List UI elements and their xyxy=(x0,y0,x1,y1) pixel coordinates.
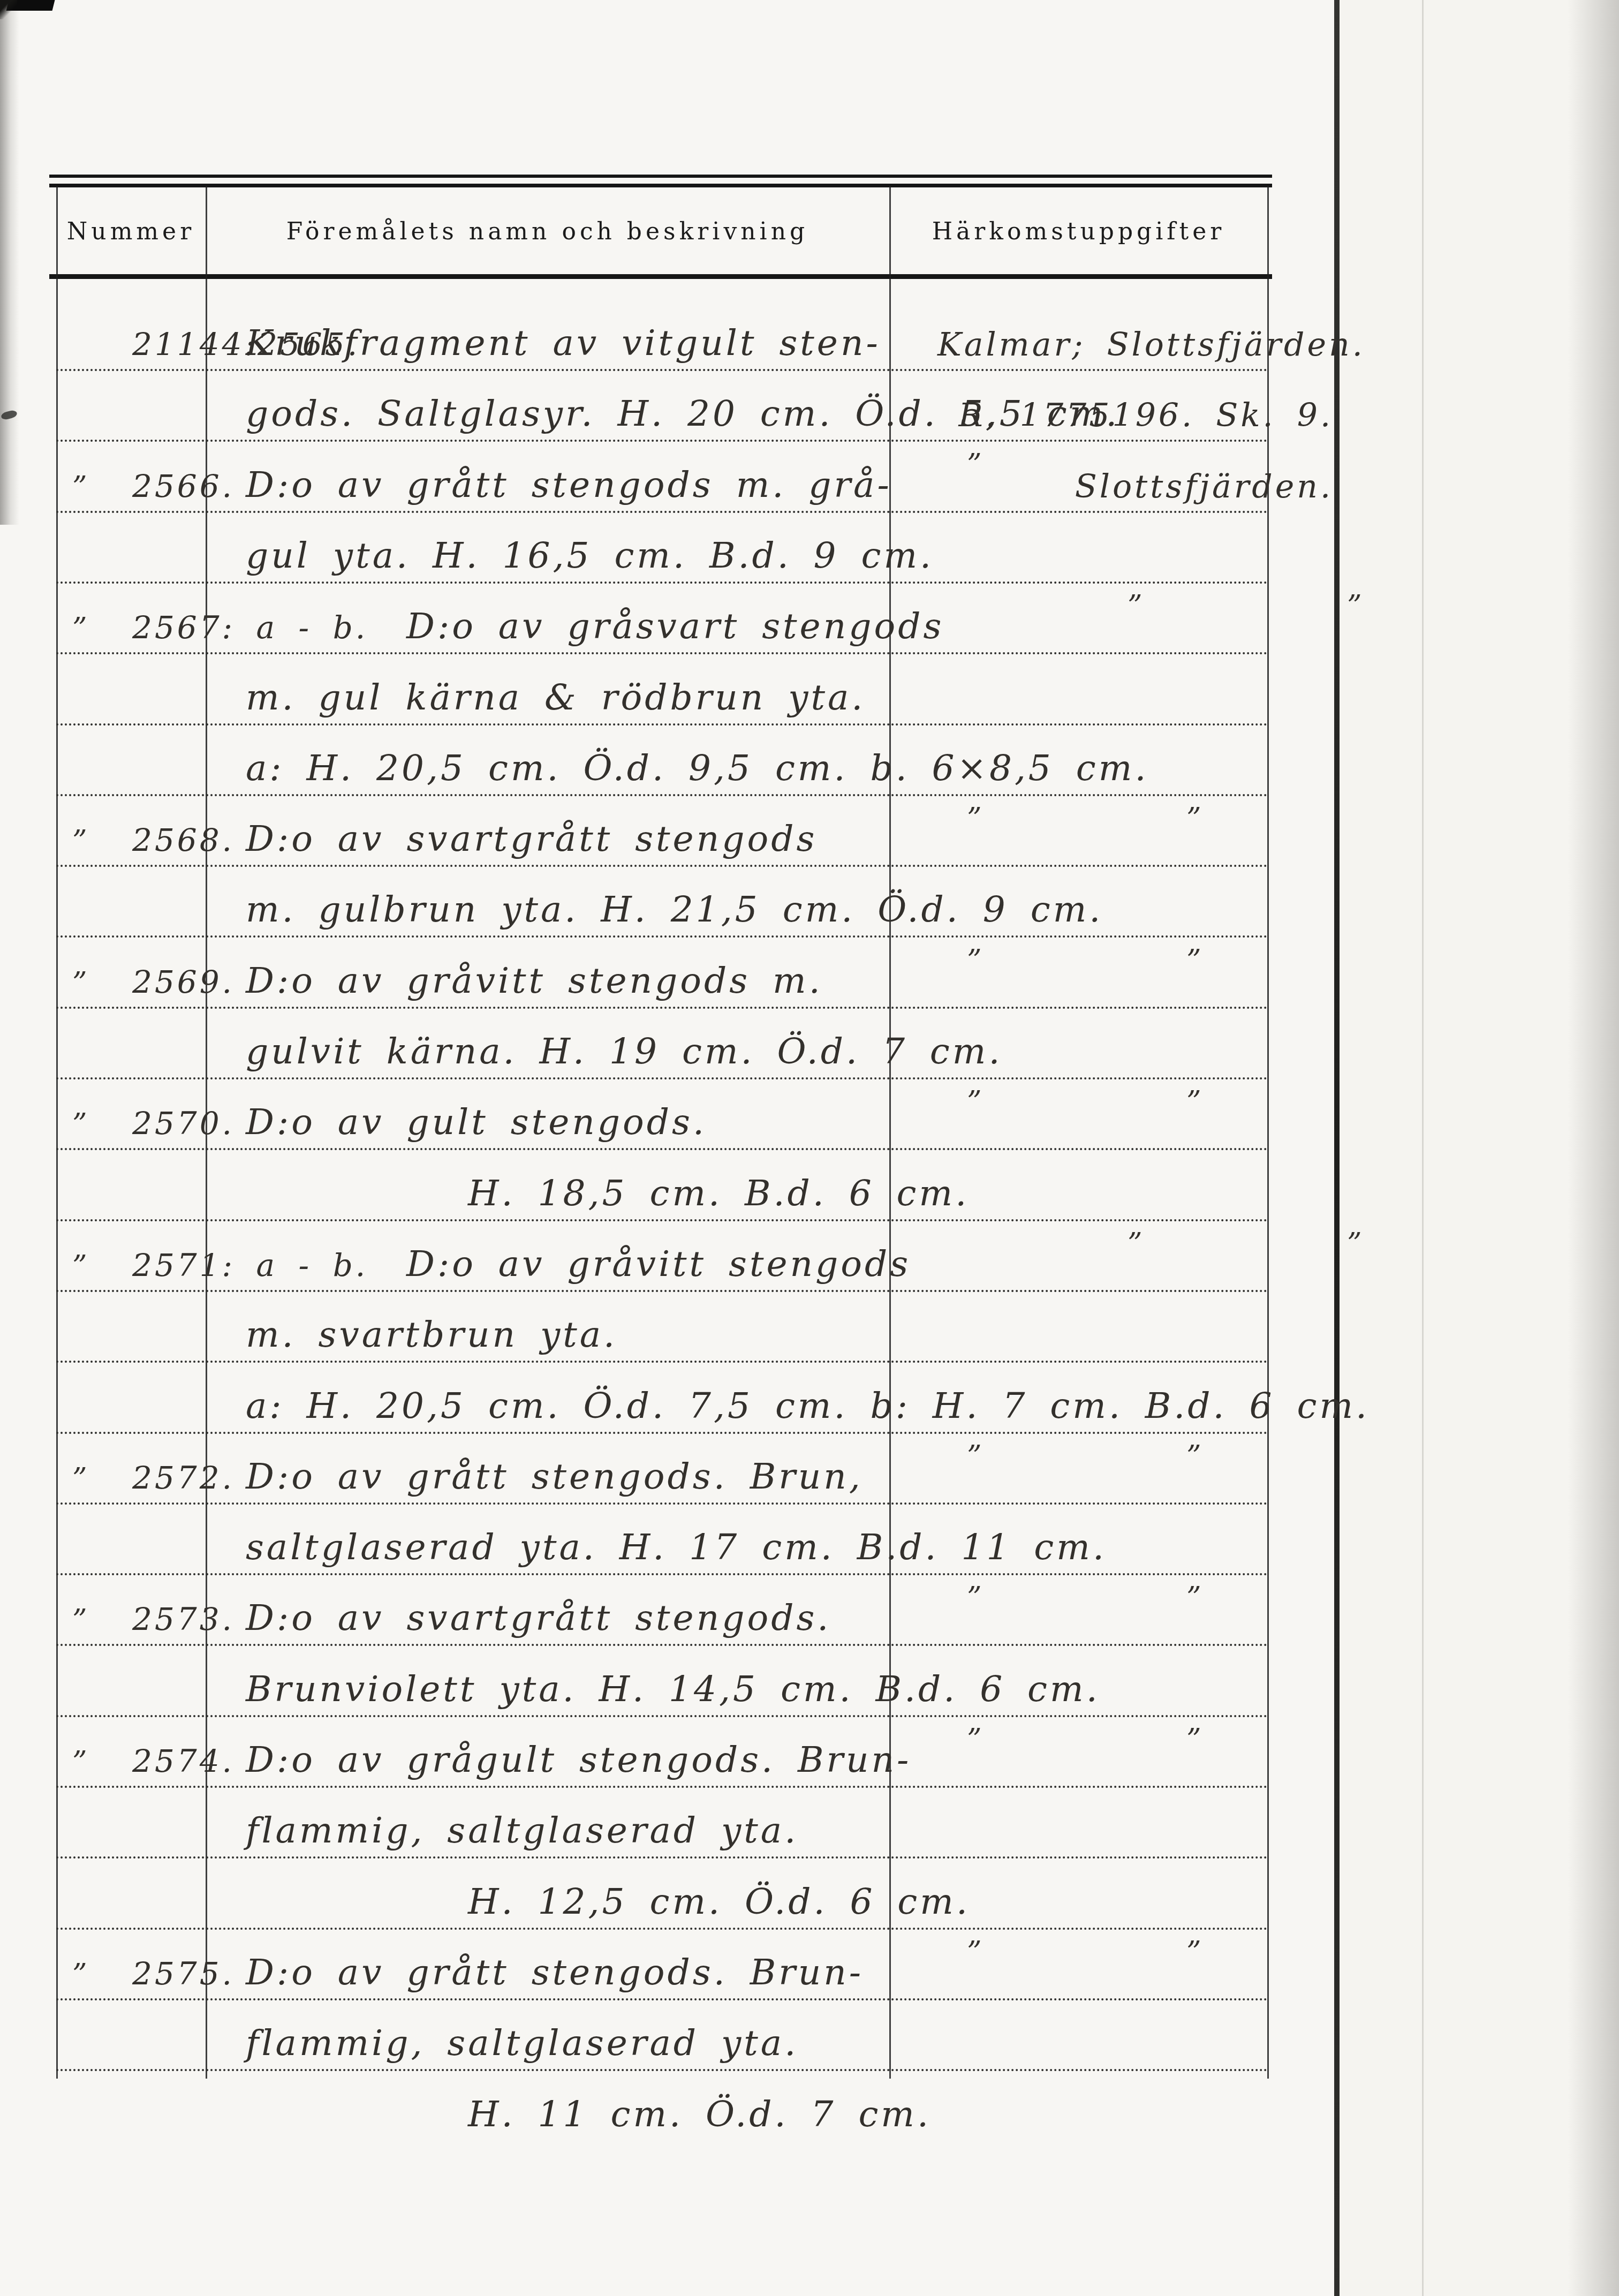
description-cell: flammig, saltglaserad yta. xyxy=(222,1810,929,1856)
entry-number: 2569. xyxy=(132,964,234,1000)
ditto-mark: ” xyxy=(72,1249,132,1283)
description-text: flammig, saltglaserad yta. xyxy=(246,1810,929,1851)
number-cell xyxy=(56,1425,222,1432)
ditto-mark: ” xyxy=(72,470,132,504)
description-text: m. gulbrun yta. H. 21,5 cm. Ö.d. 9 cm. xyxy=(246,889,929,930)
number-cell: ”2571: a - b. xyxy=(56,1247,222,1290)
ditto-mark: ” xyxy=(967,1439,985,1473)
number-cell xyxy=(56,1213,222,1219)
right-edge-shadow xyxy=(1568,0,1619,2296)
origin-cell xyxy=(929,1289,1268,1361)
ditto-mark: ” xyxy=(967,1581,985,1614)
table-row: flammig, saltglaserad yta. xyxy=(56,1785,1268,1859)
entry-number: 2572. xyxy=(132,1460,234,1496)
ditto-mark: ” xyxy=(967,943,985,977)
number-cell xyxy=(56,1354,222,1361)
origin-cell: ”” xyxy=(929,935,1268,1007)
column-header-nummer: Nummer xyxy=(67,218,195,245)
ditto-mark: ” xyxy=(72,1107,132,1141)
ditto-mark: ” xyxy=(1186,1439,1204,1473)
origin-cell: ”” xyxy=(929,1927,1268,1998)
entry-number: 2568. xyxy=(132,822,234,858)
description-cell: a: H. 20,5 cm. Ö.d. 9,5 cm. b. 6×8,5 cm. xyxy=(222,747,929,794)
description-cell: m. svartbrun yta. xyxy=(222,1314,929,1361)
description-cell: D:o av gråvitt stengods xyxy=(222,1243,1090,1290)
ditto-mark: ” xyxy=(967,1723,985,1756)
table-row: ”2575.D:o av grått stengods. Brun-”” xyxy=(56,1927,1268,2000)
entry-number: 2574. xyxy=(132,1743,234,1779)
column-header-harkomst: Härkomstuppgifter xyxy=(932,218,1225,245)
ditto-mark: ” xyxy=(72,1603,132,1637)
description-text: D:o av grått stengods m. grå- xyxy=(246,464,929,505)
description-text: H. 12,5 cm. Ö.d. 6 cm. xyxy=(468,1881,1152,1922)
description-cell: Brunviolett yta. H. 14,5 cm. B.d. 6 cm. xyxy=(222,1668,929,1715)
ditto-mark: ” xyxy=(967,1085,985,1119)
number-cell xyxy=(56,929,222,935)
ditto-mark: ” xyxy=(72,611,132,645)
scanned-ledger-page: Nummer Föremålets namn och beskrivning H… xyxy=(0,0,1619,2296)
table-row: ”2569.D:o av gråvitt stengods m.”” xyxy=(56,935,1268,1009)
table-row: H. 11 cm. Ö.d. 7 cm. xyxy=(56,2069,1268,2140)
origin-cell: ”” xyxy=(1090,1219,1268,1290)
table-row: gulvit kärna. H. 19 cm. Ö.d. 7 cm. xyxy=(56,1006,1268,1079)
number-cell: ”2566. xyxy=(56,468,222,511)
ditto-mark: ” xyxy=(1128,589,1145,623)
origin-cell xyxy=(929,1006,1268,1077)
left-binding-smudge xyxy=(0,0,19,525)
description-text: a: H. 20,5 cm. Ö.d. 9,5 cm. b. 6×8,5 cm. xyxy=(246,747,929,789)
table-row: ”2574.D:o av grågult stengods. Brun-”” xyxy=(56,1715,1268,1788)
table-header: Nummer Föremålets namn och beskrivning H… xyxy=(56,188,1268,274)
origin-cell xyxy=(1152,2069,1268,2140)
origin-text: Kalmar; Slottsfjärden. xyxy=(937,326,1365,364)
origin-cell: R. 1775196. Sk. 9. xyxy=(929,368,1268,440)
top-double-rule-2 xyxy=(49,184,1272,187)
table-row: saltglaserad yta. H. 17 cm. B.d. 11 cm. xyxy=(56,1502,1268,1575)
entry-number: 2573. xyxy=(132,1601,234,1637)
ditto-mark: ” xyxy=(967,448,985,481)
description-text: Brunviolett yta. H. 14,5 cm. B.d. 6 cm. xyxy=(246,1668,929,1710)
description-text: D:o av gult stengods. xyxy=(246,1101,929,1143)
table-row: ”2570.D:o av gult stengods.”” xyxy=(56,1077,1268,1150)
ditto-mark: ” xyxy=(967,1935,985,1969)
description-cell: D:o av grått stengods. Brun, xyxy=(222,1456,929,1502)
origin-cell: ”” xyxy=(1090,581,1268,652)
table-row: a: H. 20,5 cm. Ö.d. 7,5 cm. b: H. 7 cm. … xyxy=(56,1361,1268,1434)
number-cell: ”2570. xyxy=(56,1105,222,1148)
description-text: saltglaserad yta. H. 17 cm. B.d. 11 cm. xyxy=(246,1527,929,1568)
number-cell: ”2573. xyxy=(56,1601,222,1644)
table-row: gods. Saltglasyr. H. 20 cm. Ö.d. 5,5 cm.… xyxy=(56,368,1268,442)
table-row: 21144:2565.Krukfragment av vitgult sten-… xyxy=(56,298,1268,371)
table-row: m. svartbrun yta. xyxy=(56,1289,1268,1363)
origin-cell: ”” xyxy=(929,794,1268,865)
ditto-mark: ” xyxy=(1347,1227,1365,1260)
description-cell: gulvit kärna. H. 19 cm. Ö.d. 7 cm. xyxy=(222,1031,929,1077)
number-cell: ”2567: a - b. xyxy=(56,609,222,652)
origin-cell xyxy=(929,510,1268,581)
entry-number: 2570. xyxy=(132,1105,234,1142)
number-cell xyxy=(56,717,222,723)
page-fold-faint-line xyxy=(1422,0,1424,2296)
ditto-mark: ” xyxy=(1186,802,1204,835)
number-cell xyxy=(56,1567,222,1573)
number-cell xyxy=(56,2134,222,2140)
description-cell: gods. Saltglasyr. H. 20 cm. Ö.d. 5,5 cm. xyxy=(222,393,929,440)
table-row: ”2572.D:o av grått stengods. Brun,”” xyxy=(56,1431,1268,1505)
number-cell xyxy=(56,1921,222,1928)
description-text: gods. Saltglasyr. H. 20 cm. Ö.d. 5,5 cm. xyxy=(246,393,929,434)
description-cell: D:o av svartgrått stengods xyxy=(222,818,929,865)
table-row: m. gul kärna & rödbrun yta. xyxy=(56,652,1268,726)
number-cell: ”2568. xyxy=(56,822,222,865)
table-row: ”2566.D:o av grått stengods m. grå-”Slot… xyxy=(56,440,1268,513)
table-row: Brunviolett yta. H. 14,5 cm. B.d. 6 cm. xyxy=(56,1644,1268,1717)
ditto-mark: ” xyxy=(72,1462,132,1496)
description-cell: D:o av grågult stengods. Brun- xyxy=(222,1739,929,1786)
number-cell: 21144:2565. xyxy=(56,326,222,369)
table-row: m. gulbrun yta. H. 21,5 cm. Ö.d. 9 cm. xyxy=(56,864,1268,938)
number-cell xyxy=(56,2063,222,2069)
ditto-mark: ” xyxy=(72,1958,132,1991)
number-cell: ”2569. xyxy=(56,964,222,1007)
origin-text: R. 1775196. Sk. 9. xyxy=(958,397,1333,434)
ditto-mark: ” xyxy=(967,802,985,835)
origin-cell xyxy=(929,1644,1268,1715)
description-text: D:o av grått stengods. Brun- xyxy=(246,1952,929,1993)
ditto-mark: ” xyxy=(1128,1227,1145,1260)
description-cell: D:o av gråvitt stengods m. xyxy=(222,960,929,1007)
entry-number: 2566. xyxy=(132,468,234,504)
description-cell: gul yta. H. 16,5 cm. B.d. 9 cm. xyxy=(222,535,929,581)
description-cell: flammig, saltglaserad yta. xyxy=(222,2022,929,2069)
description-cell: D:o av grått stengods m. grå- xyxy=(222,464,929,511)
number-cell xyxy=(56,433,222,440)
header-bottom-rule xyxy=(49,274,1272,279)
description-cell: saltglaserad yta. H. 17 cm. B.d. 11 cm. xyxy=(222,1527,929,1573)
ditto-mark: ” xyxy=(1186,1085,1204,1119)
origin-cell xyxy=(929,1361,1268,1432)
origin-cell xyxy=(929,1998,1268,2069)
origin-cell xyxy=(929,1785,1268,1856)
entry-number: 2575. xyxy=(132,1955,234,1992)
ditto-mark: ” xyxy=(72,1745,132,1779)
number-cell xyxy=(56,1709,222,1715)
origin-cell: Kalmar; Slottsfjärden. xyxy=(929,298,1268,369)
ditto-mark: ” xyxy=(1186,1935,1204,1969)
table-row: ”2573.D:o av svartgrått stengods.”” xyxy=(56,1573,1268,1646)
description-text: m. svartbrun yta. xyxy=(246,1314,929,1355)
description-cell: D:o av gråsvart stengods xyxy=(222,606,1090,652)
description-text: Krukfragment av vitgult sten- xyxy=(246,322,929,364)
ditto-mark: ” xyxy=(1186,1723,1204,1756)
origin-cell: ”” xyxy=(929,1077,1268,1148)
number-cell xyxy=(56,1071,222,1077)
top-double-rule-1 xyxy=(49,175,1272,178)
description-cell: D:o av gult stengods. xyxy=(222,1101,929,1148)
description-cell: Krukfragment av vitgult sten- xyxy=(222,322,929,369)
number-cell xyxy=(56,575,222,581)
description-text: a: H. 20,5 cm. Ö.d. 7,5 cm. b: H. 7 cm. … xyxy=(246,1385,929,1426)
table-row: flammig, saltglaserad yta. xyxy=(56,1998,1268,2071)
origin-cell xyxy=(929,1502,1268,1573)
table-row: H. 18,5 cm. B.d. 6 cm. xyxy=(56,1148,1268,1221)
description-text: D:o av svartgrått stengods. xyxy=(246,1597,929,1638)
table-row: ”2571: a - b.D:o av gråvitt stengods”” xyxy=(56,1219,1268,1292)
origin-cell xyxy=(929,864,1268,935)
origin-cell: ”” xyxy=(929,1715,1268,1786)
description-cell: H. 11 cm. Ö.d. 7 cm. xyxy=(222,2094,1152,2140)
description-cell: D:o av grått stengods. Brun- xyxy=(222,1952,929,1998)
table-row: gul yta. H. 16,5 cm. B.d. 9 cm. xyxy=(56,510,1268,584)
description-text: D:o av gråvitt stengods m. xyxy=(246,960,929,1001)
description-text: gul yta. H. 16,5 cm. B.d. 9 cm. xyxy=(246,535,929,576)
description-text: D:o av grått stengods. Brun, xyxy=(246,1456,929,1497)
origin-cell xyxy=(929,723,1268,794)
description-cell: m. gulbrun yta. H. 21,5 cm. Ö.d. 9 cm. xyxy=(222,889,929,935)
ditto-mark: ” xyxy=(1186,1581,1204,1614)
ditto-mark: ” xyxy=(1186,943,1204,977)
description-cell: m. gul kärna & rödbrun yta. xyxy=(222,677,929,723)
column-header-beskrivning: Föremålets namn och beskrivning xyxy=(286,218,808,245)
number-cell xyxy=(56,1850,222,1856)
description-cell: H. 12,5 cm. Ö.d. 6 cm. xyxy=(222,1881,1152,1928)
number-cell xyxy=(56,788,222,794)
description-text: D:o av grågult stengods. Brun- xyxy=(246,1739,929,1780)
corner-ink-mark-2 xyxy=(0,0,17,19)
origin-cell: ”Slottsfjärden. xyxy=(929,440,1268,511)
number-cell: ”2575. xyxy=(56,1955,222,1998)
description-text: D:o av svartgrått stengods xyxy=(246,818,929,859)
description-text: flammig, saltglaserad yta. xyxy=(246,2022,929,2064)
description-text: H. 18,5 cm. B.d. 6 cm. xyxy=(468,1173,1152,1214)
origin-cell: ”” xyxy=(929,1431,1268,1502)
table-row: a: H. 20,5 cm. Ö.d. 9,5 cm. b. 6×8,5 cm. xyxy=(56,723,1268,796)
description-text: m. gul kärna & rödbrun yta. xyxy=(246,677,929,718)
description-text: H. 11 cm. Ö.d. 7 cm. xyxy=(468,2094,1152,2135)
origin-cell xyxy=(1152,1856,1268,1928)
origin-cell xyxy=(1152,1148,1268,1219)
origin-cell: ”” xyxy=(929,1573,1268,1644)
description-cell: a: H. 20,5 cm. Ö.d. 7,5 cm. b: H. 7 cm. … xyxy=(222,1385,929,1432)
ditto-mark: ” xyxy=(72,824,132,858)
table-row: H. 12,5 cm. Ö.d. 6 cm. xyxy=(56,1856,1268,1930)
origin-cell xyxy=(929,652,1268,723)
description-cell: H. 18,5 cm. B.d. 6 cm. xyxy=(222,1173,1152,1219)
table-row: ”2568.D:o av svartgrått stengods”” xyxy=(56,794,1268,867)
origin-text: Slottsfjärden. xyxy=(1075,468,1333,505)
description-text: D:o av gråvitt stengods xyxy=(406,1243,1090,1285)
table-row: ”2567: a - b.D:o av gråsvart stengods”” xyxy=(56,581,1268,654)
number-cell: ”2574. xyxy=(56,1743,222,1786)
description-text: gulvit kärna. H. 19 cm. Ö.d. 7 cm. xyxy=(246,1031,929,1072)
number-cell: ”2572. xyxy=(56,1460,222,1502)
description-text: D:o av gråsvart stengods xyxy=(406,606,1090,647)
description-cell: D:o av svartgrått stengods. xyxy=(222,1597,929,1644)
ditto-mark: ” xyxy=(72,966,132,1000)
ditto-mark: ” xyxy=(1347,589,1365,623)
